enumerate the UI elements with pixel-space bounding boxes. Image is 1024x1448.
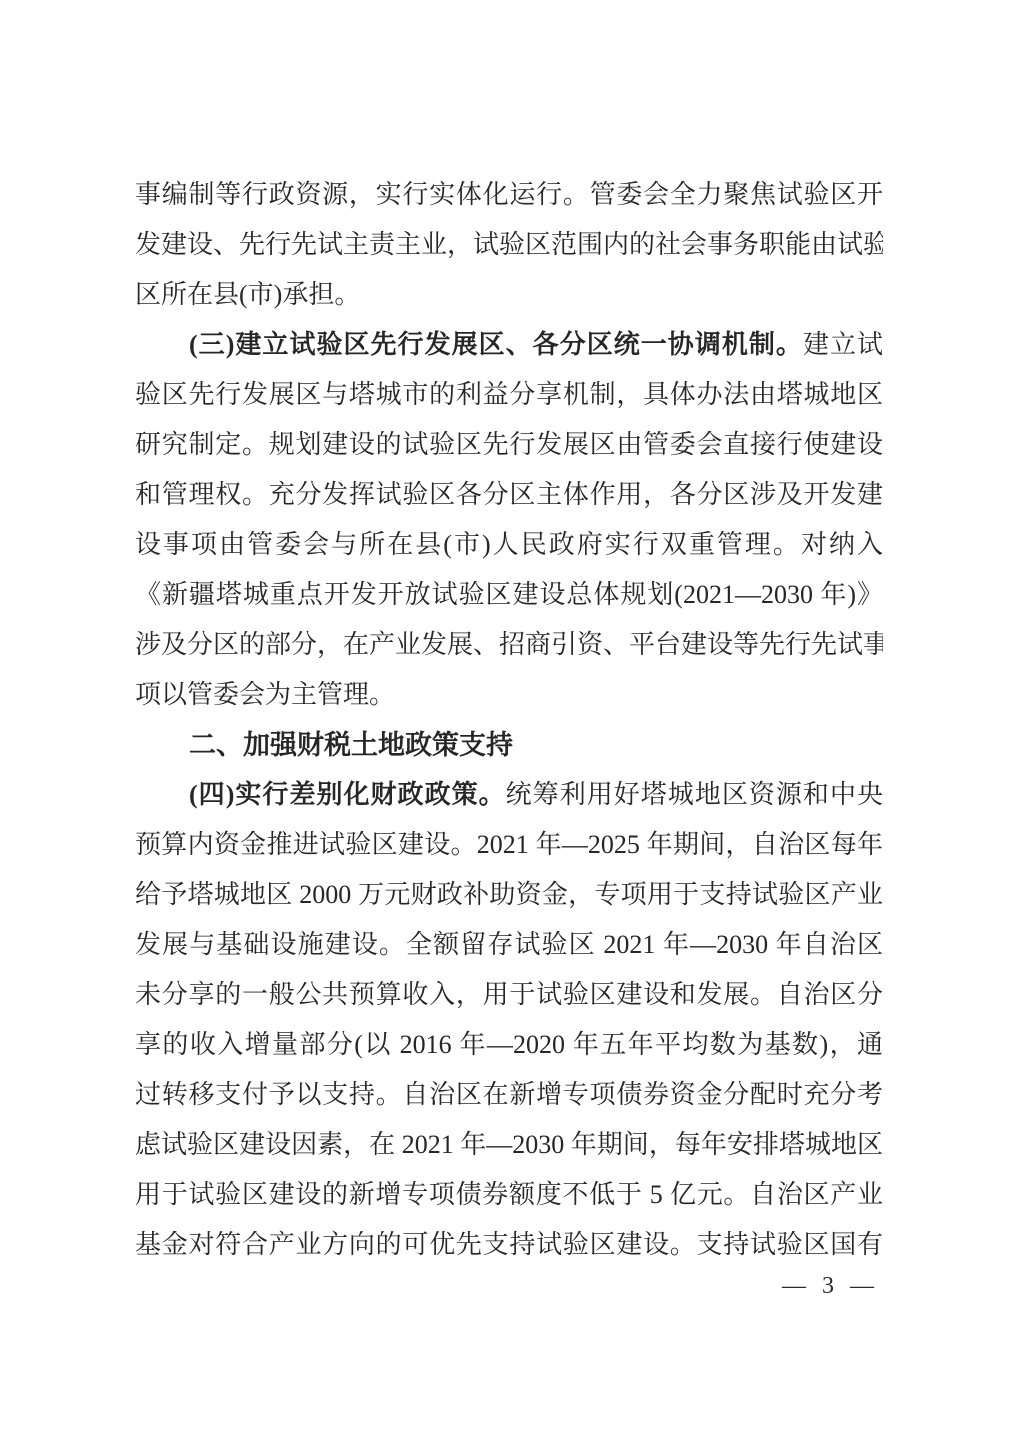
text-line: 和管理权。充分发挥试验区各分区主体作用，各分区涉及开发建 <box>135 470 883 520</box>
page-number: — 3 — <box>782 1268 879 1304</box>
text-line: 《新疆塔城重点开发开放试验区建设总体规划(2021—2030 年)》 <box>135 570 883 620</box>
text-line: 设事项由管委会与所在县(市)人民政府实行双重管理。对纳入 <box>135 520 883 570</box>
text-line: 未分享的一般公共预算收入，用于试验区建设和发展。自治区分 <box>135 970 883 1020</box>
text-line-item-heading-4: (四)实行差别化财政政策。统筹利用好塔城地区资源和中央 <box>135 770 883 820</box>
text-line: 享的收入增量部分(以 2016 年—2020 年五年平均数为基数)，通 <box>135 1020 883 1070</box>
text-line-item-heading-3: (三)建立试验区先行发展区、各分区统一协调机制。建立试 <box>135 320 883 370</box>
text-line: 给予塔城地区 2000 万元财政补助资金，专项用于支持试验区产业 <box>135 870 883 920</box>
text-line: 发建设、先行先试主责主业，试验区范围内的社会事务职能由试验 <box>135 220 883 270</box>
text-line: 过转移支付予以支持。自治区在新增专项债券资金分配时充分考 <box>135 1070 883 1120</box>
text-line: 区所在县(市)承担。 <box>135 270 883 320</box>
text-line: 发展与基础设施建设。全额留存试验区 2021 年—2030 年自治区 <box>135 920 883 970</box>
text-line: 预算内资金推进试验区建设。2021 年—2025 年期间，自治区每年 <box>135 820 883 870</box>
text-line: 项以管委会为主管理。 <box>135 670 883 720</box>
document-page: 事编制等行政资源，实行实体化运行。管委会全力聚焦试验区开 发建设、先行先试主责主… <box>0 0 1024 1448</box>
item-heading-rest: 统筹利用好塔城地区资源和中央 <box>506 780 883 809</box>
document-body: 事编制等行政资源，实行实体化运行。管委会全力聚焦试验区开 发建设、先行先试主责主… <box>135 170 883 1270</box>
text-line: 虑试验区建设因素，在 2021 年—2030 年期间，每年安排塔城地区 <box>135 1120 883 1170</box>
text-line: 用于试验区建设的新增专项债券额度不低于 5 亿元。自治区产业 <box>135 1170 883 1220</box>
text-line: 基金对符合产业方向的可优先支持试验区建设。支持试验区国有 <box>135 1220 883 1270</box>
text-line: 事编制等行政资源，实行实体化运行。管委会全力聚焦试验区开 <box>135 170 883 220</box>
section-heading: 二、加强财税土地政策支持 <box>135 720 883 770</box>
text-line: 研究制定。规划建设的试验区先行发展区由管委会直接行使建设 <box>135 420 883 470</box>
text-line: 涉及分区的部分，在产业发展、招商引资、平台建设等先行先试事 <box>135 620 883 670</box>
item-heading-lead: (三)建立试验区先行发展区、各分区统一协调机制。 <box>189 330 803 359</box>
item-heading-rest: 建立试 <box>803 330 883 359</box>
item-heading-lead: (四)实行差别化财政政策。 <box>189 780 506 809</box>
text-line: 验区先行发展区与塔城市的利益分享机制，具体办法由塔城地区 <box>135 370 883 420</box>
